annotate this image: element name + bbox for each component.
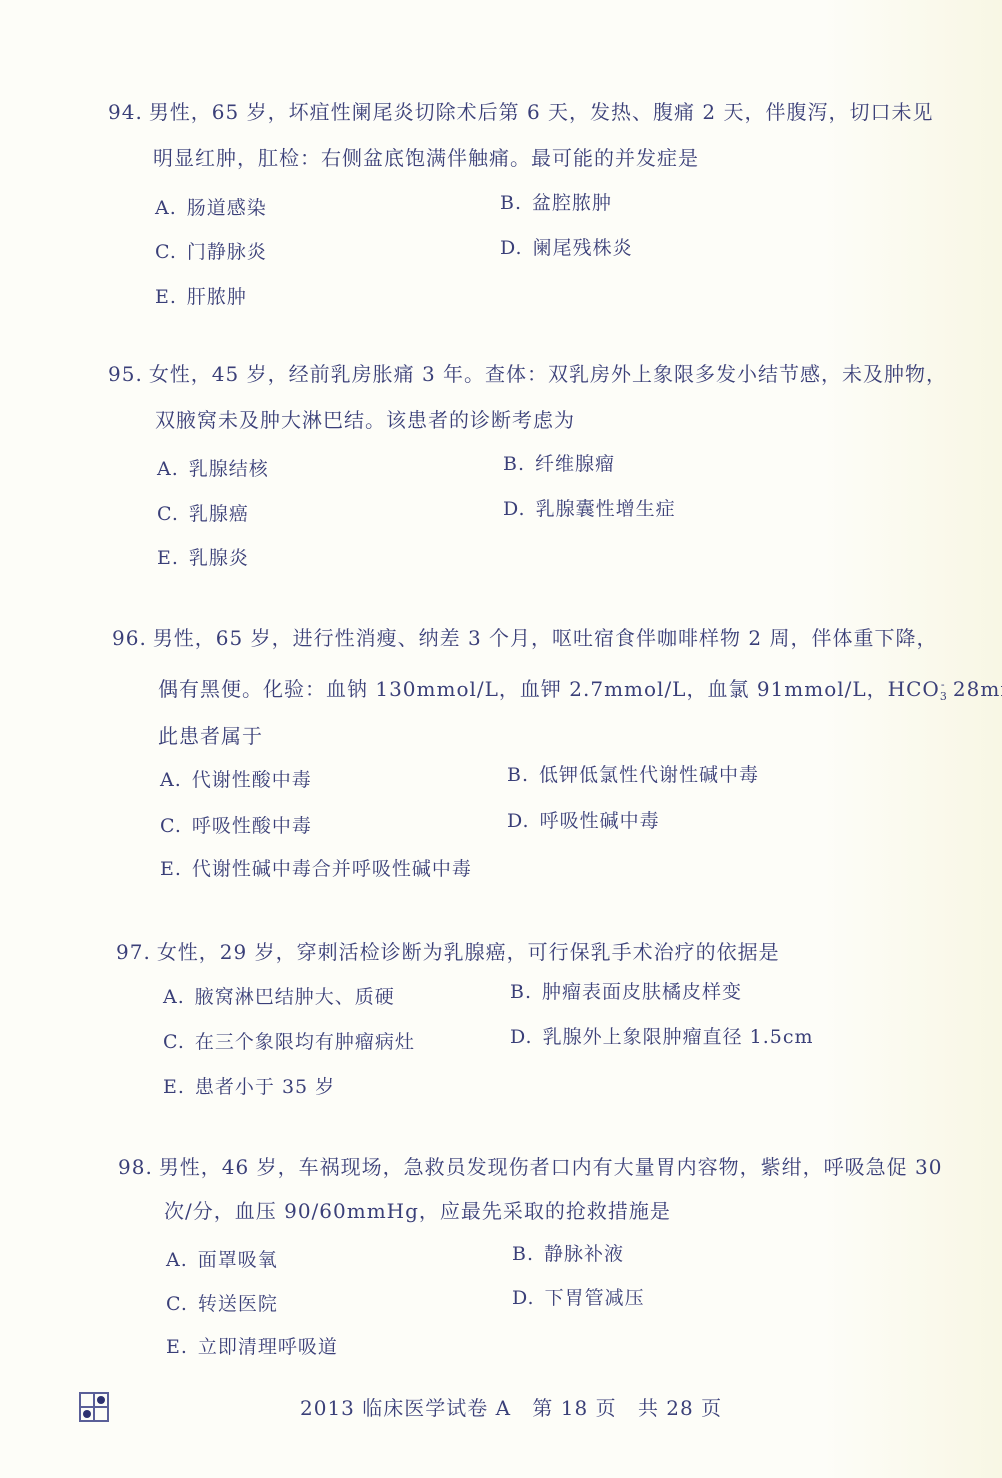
option-letter: A. [157,457,179,481]
option-text: 门静脉炎 [187,241,267,263]
stem-text: 女性，29 岁，穿刺活检诊断为乳腺癌，可行保乳手术治疗的依据是 [157,940,780,964]
option-e[interactable]: E.代谢性碱中毒合并呼吸性碱中毒 [160,857,472,881]
question-stem-line: 94.男性，65 岁，坏疽性阑尾炎切除术后第 6 天，发热、腹痛 2 天，伴腹泻… [108,100,934,124]
option-text: 代谢性酸中毒 [192,769,312,791]
option-text: 肝脓肿 [187,286,247,308]
option-text: 下胃管减压 [545,1287,645,1309]
option-text: 盆腔脓肿 [532,192,612,214]
question-number: 98. [118,1155,153,1179]
option-text: 肿瘤表面皮肤橘皮样变 [542,981,742,1003]
question-stem-line: 97.女性，29 岁，穿刺活检诊断为乳腺癌，可行保乳手术治疗的依据是 [116,940,780,964]
question-stem-line: 96.男性，65 岁，进行性消瘦、纳差 3 个月，呕吐宿食伴咖啡样物 2 周，伴… [112,626,938,650]
option-text: 患者小于 35 岁 [195,1076,335,1098]
option-letter: A. [163,985,185,1009]
option-letter: D. [500,236,523,260]
option-text: 肠道感染 [187,197,267,219]
question-stem-line: 此患者属于 [158,724,263,748]
option-letter: E. [157,546,179,570]
stem-text: 男性，46 岁，车祸现场，急救员发现伤者口内有大量胃内容物，紫绀，呼吸急促 30 [159,1155,943,1179]
option-text: 低钾低氯性代谢性碱中毒 [539,764,759,786]
question-number: 96. [112,626,147,650]
option-d[interactable]: D.呼吸性碱中毒 [507,809,660,833]
option-text: 静脉补液 [544,1243,624,1265]
option-a[interactable]: A.乳腺结核 [157,457,269,481]
option-b[interactable]: B.肿瘤表面皮肤橘皮样变 [510,980,742,1004]
option-letter: E. [160,857,182,881]
option-text: 乳腺结核 [189,458,269,480]
stem-text: 男性，65 岁，坏疽性阑尾炎切除术后第 6 天，发热、腹痛 2 天，伴腹泻，切口… [149,100,934,124]
formula-base: HCO [888,677,940,701]
reg-dot [97,1396,105,1404]
option-letter: E. [155,285,177,309]
bicarbonate-formula: HCO3- 28mmol/L。 [888,677,1002,701]
option-text: 阑尾残株炎 [533,237,633,259]
option-text: 立即清理呼吸道 [198,1336,338,1358]
option-letter: B. [503,452,525,476]
option-text: 代谢性碱中毒合并呼吸性碱中毒 [192,858,472,880]
formula-value: 28mmol/L。 [946,677,1002,701]
option-text: 乳腺外上象限肿瘤直径 1.5cm [543,1026,814,1048]
option-text: 乳腺癌 [189,503,249,525]
question-number: 94. [108,100,143,124]
option-d[interactable]: D.下胃管减压 [512,1286,645,1310]
question-stem-line: 次/分，血压 90/60mmHg，应最先采取的抢救措施是 [164,1199,671,1223]
option-letter: B. [500,191,522,215]
option-letter: C. [166,1292,188,1316]
option-letter: C. [160,814,182,838]
reg-cell [94,1407,108,1421]
question-stem-line: 98.男性，46 岁，车祸现场，急救员发现伤者口内有大量胃内容物，紫绀，呼吸急促… [118,1155,942,1179]
reg-cell [80,1407,94,1421]
option-text: 转送医院 [198,1293,278,1315]
option-b[interactable]: B.低钾低氯性代谢性碱中毒 [507,763,759,787]
option-letter: A. [155,196,177,220]
option-c[interactable]: C.呼吸性酸中毒 [160,814,312,838]
option-letter: D. [507,809,530,833]
option-e[interactable]: E.患者小于 35 岁 [163,1075,335,1099]
option-letter: E. [163,1075,185,1099]
option-letter: A. [166,1248,188,1272]
reg-cell [94,1393,108,1407]
option-letter: D. [510,1025,533,1049]
reg-cell [80,1393,94,1407]
option-e[interactable]: E.乳腺炎 [157,546,249,570]
option-letter: B. [510,980,532,1004]
option-letter: D. [503,497,526,521]
option-text: 乳腺炎 [189,547,249,569]
option-b[interactable]: B.静脉补液 [512,1242,624,1266]
stem-text: 偶有黑便。化验：血钠 130mmol/L，血钾 2.7mmol/L，血氯 91m… [158,677,888,701]
registration-mark-icon [79,1392,109,1422]
reg-dot [83,1410,91,1418]
option-letter: C. [163,1030,185,1054]
option-b[interactable]: B.盆腔脓肿 [500,191,612,215]
option-letter: A. [160,768,182,792]
question-stem-line: 偶有黑便。化验：血钠 130mmol/L，血钾 2.7mmol/L，血氯 91m… [158,673,1002,709]
option-b[interactable]: B.纤维腺瘤 [503,452,615,476]
option-letter: E. [166,1335,188,1359]
stem-text: 女性，45 岁，经前乳房胀痛 3 年。查体：双乳房外上象限多发小结节感，未及肿物… [149,362,947,386]
page-total: 共 28 页 [638,1396,722,1420]
option-text: 纤维腺瘤 [535,453,615,475]
question-stem-line: 双腋窝未及肿大淋巴结。该患者的诊断考虑为 [155,408,575,432]
option-d[interactable]: D.阑尾残株炎 [500,236,633,260]
option-a[interactable]: A.面罩吸氧 [166,1248,278,1272]
option-c[interactable]: C.在三个象限均有肿瘤病灶 [163,1030,415,1054]
option-c[interactable]: C.乳腺癌 [157,502,249,526]
option-c[interactable]: C.转送医院 [166,1292,278,1316]
footer-text: 2013 临床医学试卷 A 第 18 页 共 28 页 [300,1392,736,1421]
option-letter: C. [155,240,177,264]
option-letter: C. [157,502,179,526]
option-d[interactable]: D.乳腺外上象限肿瘤直径 1.5cm [510,1025,814,1049]
question-stem-line: 95.女性，45 岁，经前乳房胀痛 3 年。查体：双乳房外上象限多发小结节感，未… [108,362,947,386]
paper-tint [822,0,1002,1478]
option-a[interactable]: A.代谢性酸中毒 [160,768,312,792]
option-a[interactable]: A.腋窝淋巴结肿大、质硬 [163,985,395,1009]
page-current: 第 18 页 [532,1396,616,1420]
option-text: 呼吸性酸中毒 [192,815,312,837]
question-number: 95. [108,362,143,386]
option-text: 呼吸性碱中毒 [540,810,660,832]
question-stem-line: 明显红肿，肛检：右侧盆底饱满伴触痛。最可能的并发症是 [153,146,699,170]
option-e[interactable]: E.肝脓肿 [155,285,247,309]
exam-title: 2013 临床医学试卷 A [300,1396,511,1420]
option-text: 面罩吸氧 [198,1249,278,1271]
option-c[interactable]: C.门静脉炎 [155,240,267,264]
option-e[interactable]: E.立即清理呼吸道 [166,1335,338,1359]
option-text: 乳腺囊性增生症 [536,498,676,520]
option-letter: B. [512,1242,534,1266]
question-number: 97. [116,940,151,964]
option-a[interactable]: A.肠道感染 [155,196,267,220]
option-text: 在三个象限均有肿瘤病灶 [195,1031,415,1053]
option-d[interactable]: D.乳腺囊性增生症 [503,497,676,521]
option-text: 腋窝淋巴结肿大、质硬 [195,986,395,1008]
option-letter: D. [512,1286,535,1310]
stem-text: 男性，65 岁，进行性消瘦、纳差 3 个月，呕吐宿食伴咖啡样物 2 周，伴体重下… [153,626,938,650]
option-letter: B. [507,763,529,787]
